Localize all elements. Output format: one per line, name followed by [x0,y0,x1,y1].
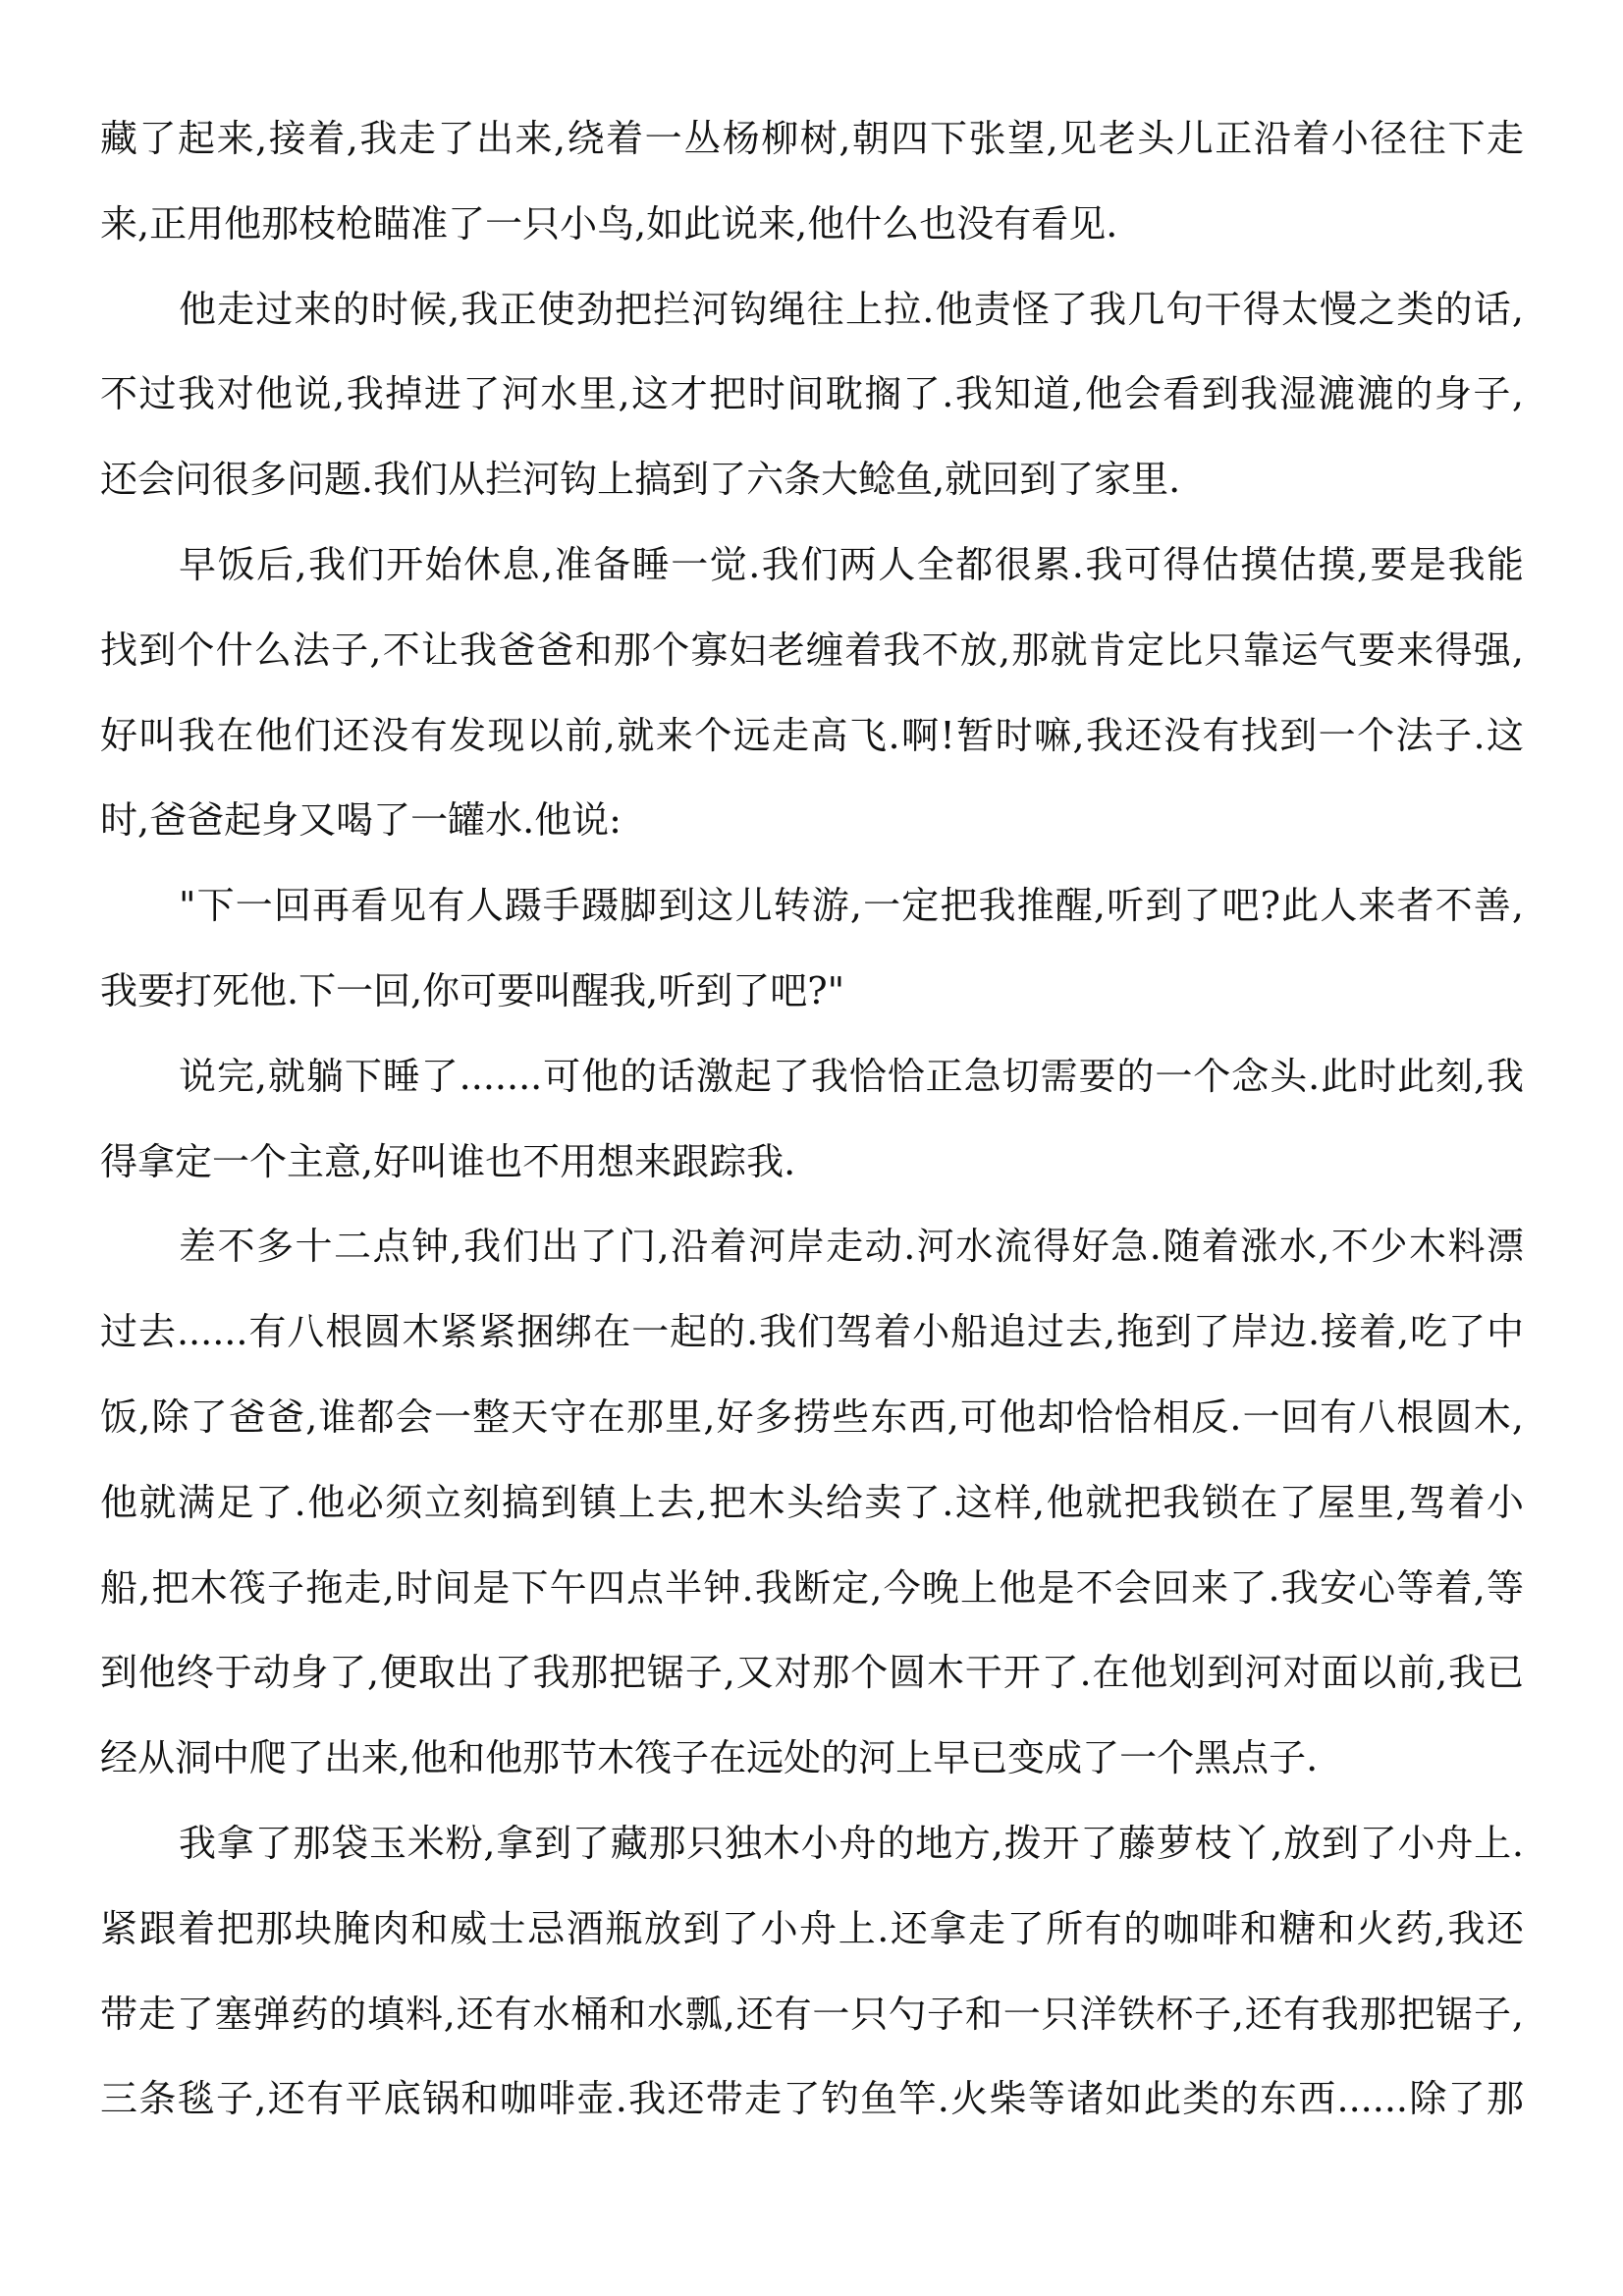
text-line: 船,把木筏子拖走,时间是下午四点半钟.我断定,今晚上他是不会回来了.我安心等着,… [100,1564,1524,1612]
text-line: 时,爸爸起身又喝了一罐水.他说: [100,796,1524,844]
text-line: 不过我对他说,我掉进了河水里,这才把时间耽搁了.我知道,他会看到我湿漉漉的身子, [100,370,1524,417]
text-line: 早饭后,我们开始休息,准备睡一觉.我们两人全都很累.我可得估摸估摸,要是我能 [179,541,1524,588]
text-line: 来,正用他那枝枪瞄准了一只小鸟,如此说来,他什么也没有看见. [100,200,1524,247]
text-line: 还会问很多问题.我们从拦河钩上搞到了六条大鲶鱼,就回到了家里. [100,456,1524,503]
document-page: 藏了起来,接着,我走了出来,绕着一丛杨柳树,朝四下张望,见老头儿正沿着小径往下走… [0,0,1623,2296]
text-line: 他走过来的时候,我正使劲把拦河钩绳往上拉.他责怪了我几句干得太慢之类的话, [179,286,1524,333]
text-line: 找到个什么法子,不让我爸爸和那个寡妇老缠着我不放,那就肯定比只靠运气要来得强, [100,627,1524,674]
text-line: 三条毯子,还有平底锅和咖啡壶.我还带走了钓鱼竿.火柴等诸如此类的东西......… [100,2075,1524,2122]
text-line: 过去......有八根圆木紧紧捆绑在一起的.我们驾着小船追过去,拖到了岸边.接着… [100,1308,1524,1355]
text-line: 得拿定一个主意,好叫谁也不用想来跟踪我. [100,1138,1524,1185]
text-line: 带走了塞弹药的填料,还有水桶和水瓢,还有一只勺子和一只洋铁杯子,还有我那把锯子, [100,1991,1524,2038]
text-line: "下一回再看见有人蹑手蹑脚到这儿转游,一定把我推醒,听到了吧?此人来者不善, [179,882,1524,929]
text-line: 差不多十二点钟,我们出了门,沿着河岸走动.河水流得好急.随着涨水,不少木料漂 [179,1223,1524,1270]
text-line: 好叫我在他们还没有发现以前,就来个远走高飞.啊!暂时嘛,我还没有找到一个法子.这 [100,712,1524,759]
text-line: 说完,就躺下睡了.......可他的话激起了我恰恰正急切需要的一个念头.此时此刻… [179,1053,1524,1100]
text-line: 饭,除了爸爸,谁都会一整天守在那里,好多捞些东西,可他却恰恰相反.一回有八根圆木… [100,1394,1524,1441]
text-line: 我拿了那袋玉米粉,拿到了藏那只独木小舟的地方,拨开了藤萝枝丫,放到了小舟上. [179,1820,1524,1867]
text-line: 紧跟着把那块腌肉和威士忌酒瓶放到了小舟上.还拿走了所有的咖啡和糖和火药,我还 [100,1905,1524,1952]
text-line: 藏了起来,接着,我走了出来,绕着一丛杨柳树,朝四下张望,见老头儿正沿着小径往下走 [100,115,1524,162]
text-line: 他就满足了.他必须立刻搞到镇上去,把木头给卖了.这样,他就把我锁在了屋里,驾着小 [100,1479,1524,1526]
text-line: 到他终于动身了,便取出了我那把锯子,又对那个圆木干开了.在他划到河对面以前,我已 [100,1649,1524,1696]
text-line: 我要打死他.下一回,你可要叫醒我,听到了吧?" [100,967,1524,1014]
text-line: 经从洞中爬了出来,他和他那节木筏子在远处的河上早已变成了一个黑点子. [100,1734,1524,1781]
